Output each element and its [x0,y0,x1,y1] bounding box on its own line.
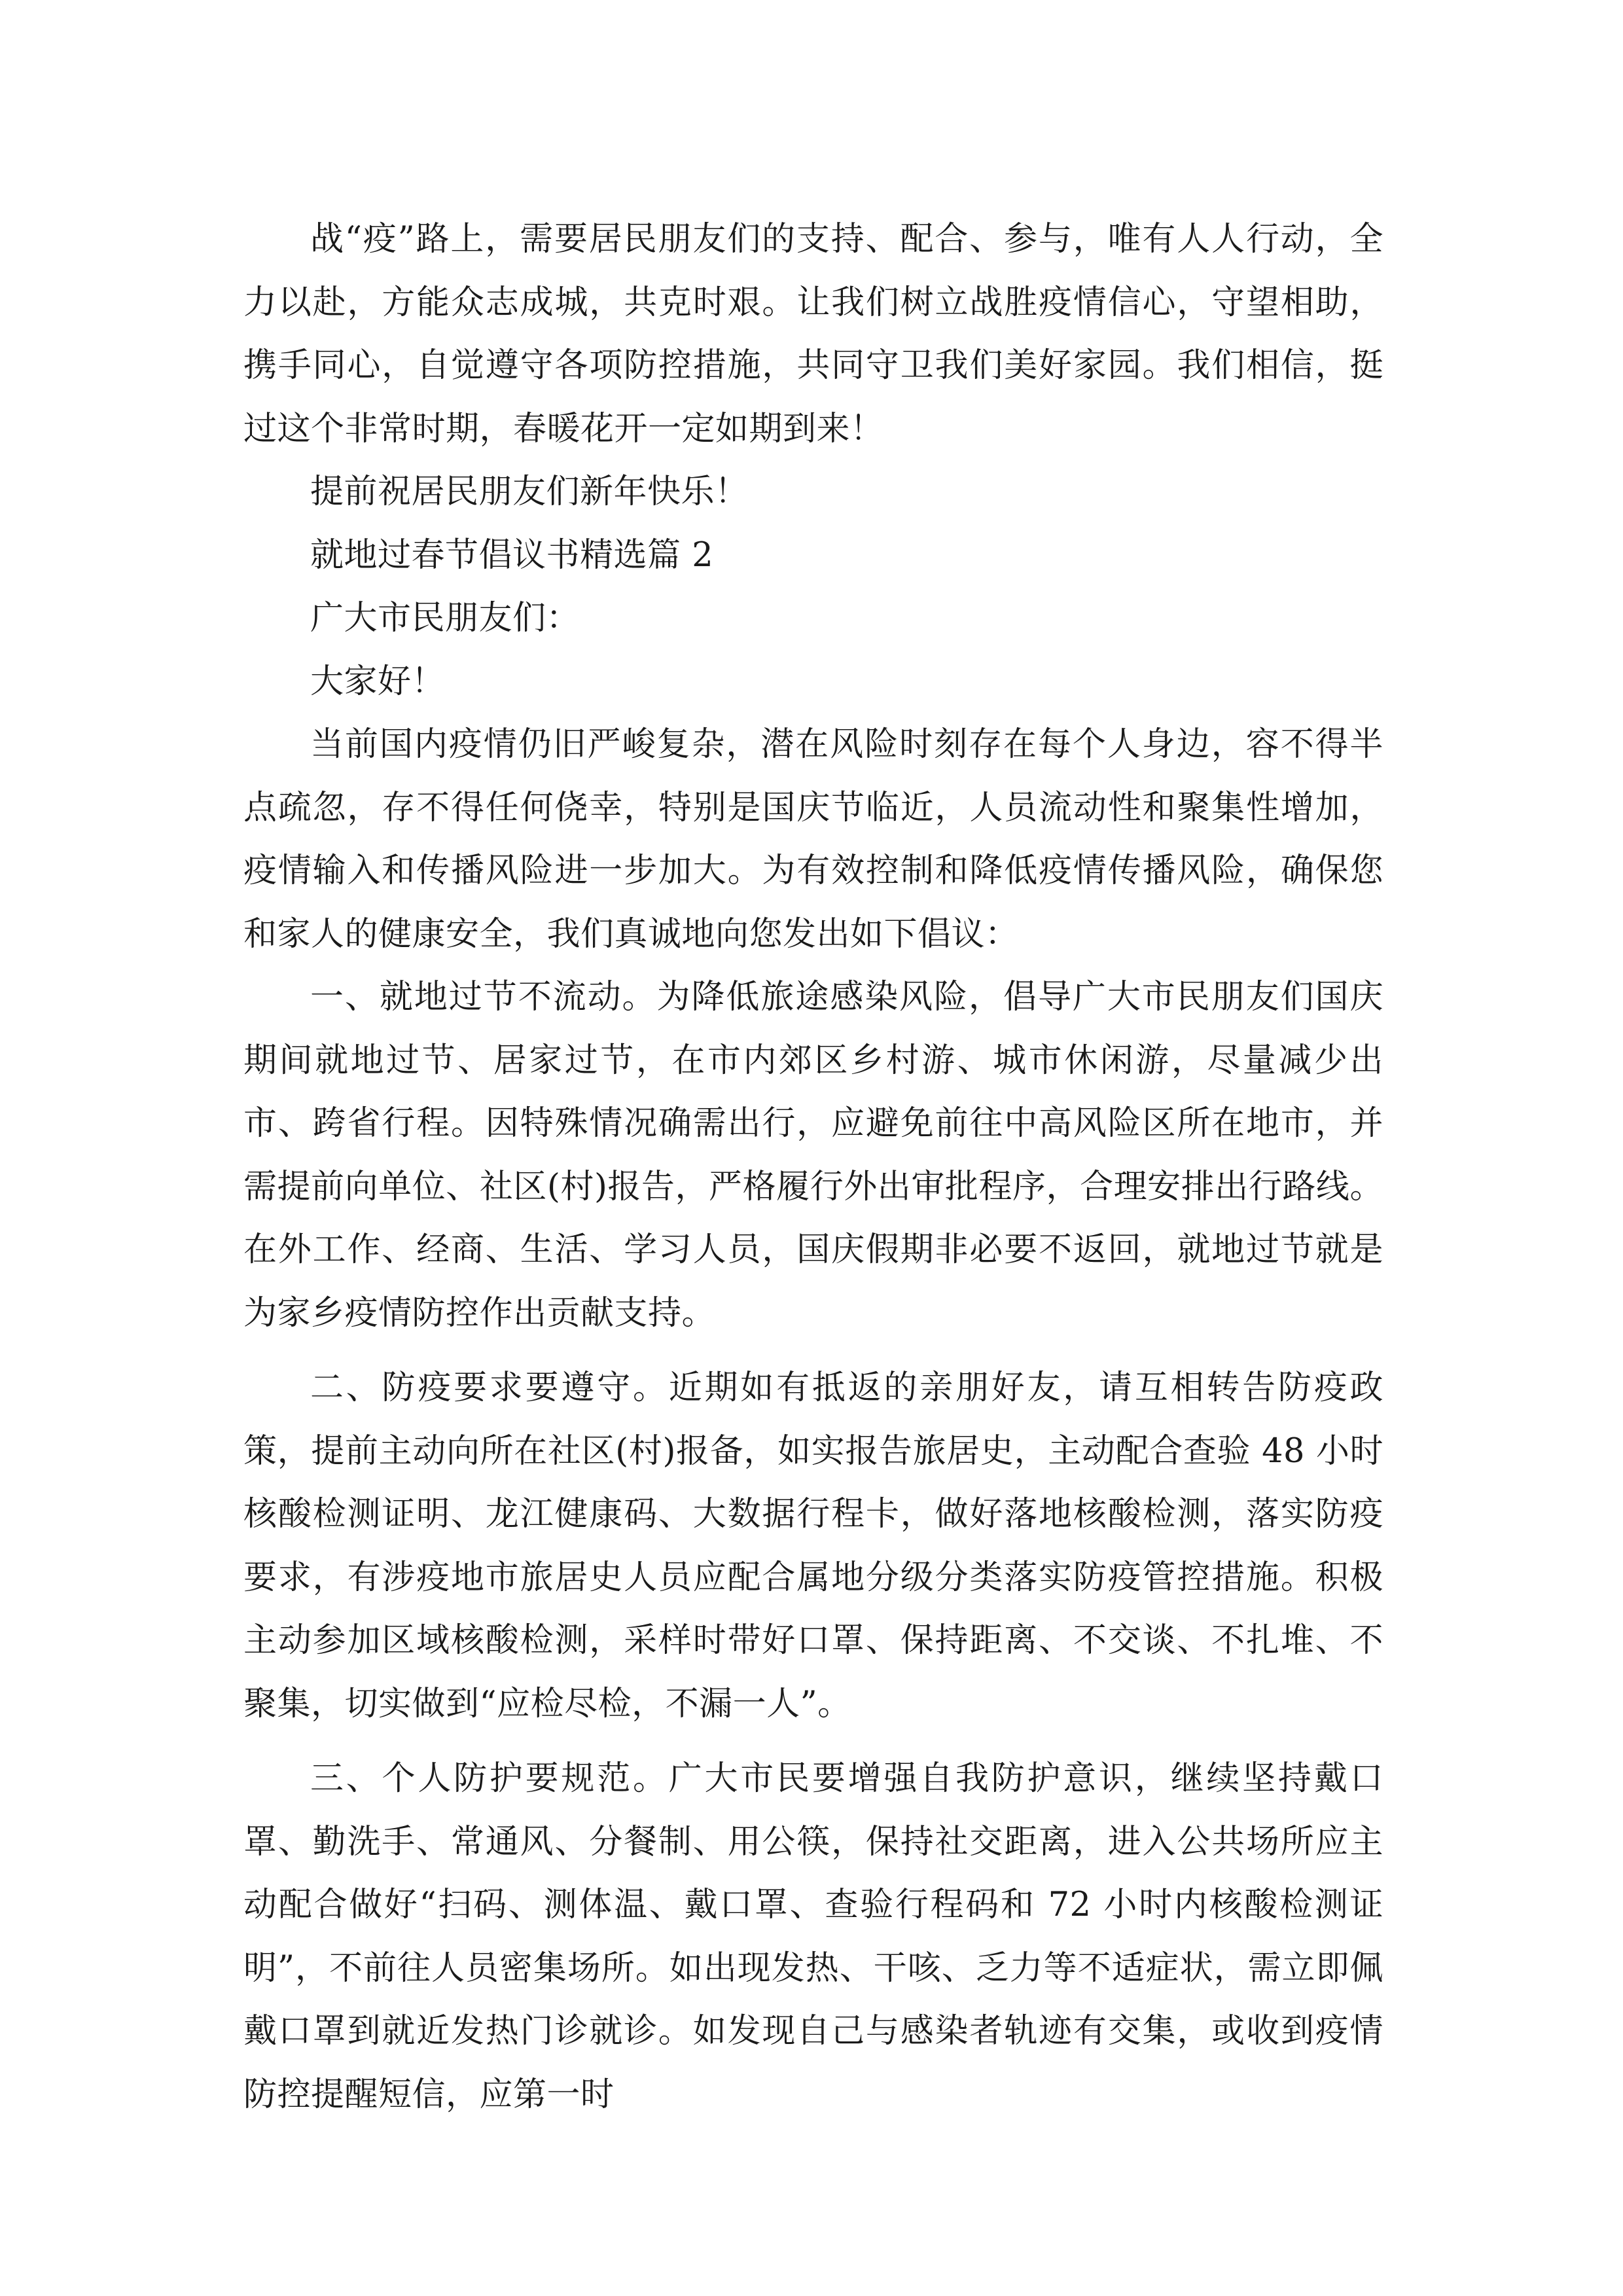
paragraph-intro: 当前国内疫情仍旧严峻复杂，潜在风险时刻存在每个人身边，容不得半点疏忽，存不得任何… [243,713,1383,966]
paragraph-item-1: 一、就地过节不流动。为降低旅途感染风险，倡导广大市民朋友们国庆期间就地过节、居家… [243,966,1383,1345]
salutation: 广大市民朋友们： [243,587,1383,651]
section-title: 就地过春节倡议书精选篇 2 [243,524,1383,588]
greeting: 大家好！ [243,651,1383,714]
paragraph-closing-appeal: 战“疫”路上，需要居民朋友们的支持、配合、参与，唯有人人行动，全力以赴，方能众志… [243,208,1383,461]
paragraph-new-year-greeting: 提前祝居民朋友们新年快乐！ [243,461,1383,524]
document-page: 战“疫”路上，需要居民朋友们的支持、配合、参与，唯有人人行动，全力以赴，方能众志… [243,208,1383,2126]
paragraph-item-2: 二、防疫要求要遵守。近期如有抵返的亲朋好友，请互相转告防疫政策，提前主动向所在社… [243,1357,1383,1736]
paragraph-item-3: 三、个人防护要规范。广大市民要增强自我防护意识，继续坚持戴口罩、勤洗手、常通风、… [243,1748,1383,2126]
